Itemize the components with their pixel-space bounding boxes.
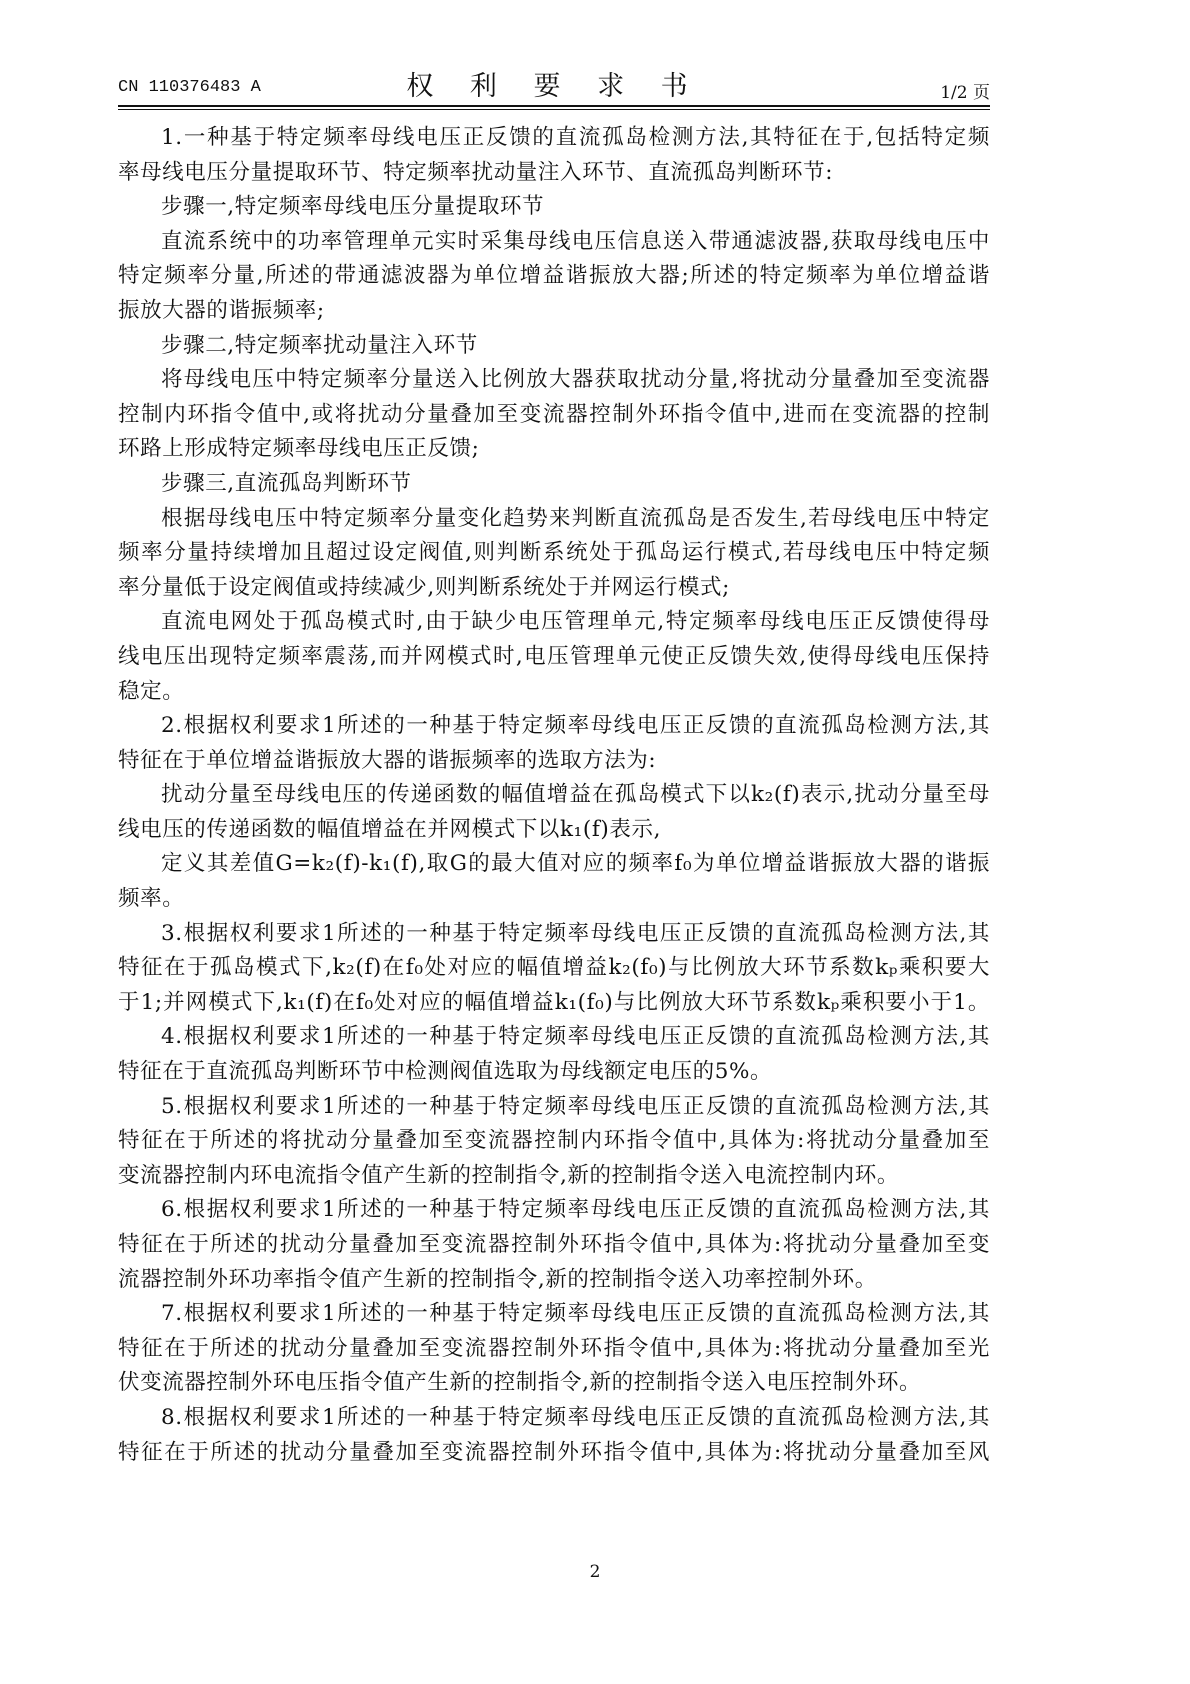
claim-text-line: 于1;并网模式下,k₁(f)在f₀处对应的幅值增益k₁(f₀)与比例放大环节系数… <box>118 986 990 1021</box>
claim-text-line: 线电压出现特定频率震荡,而并网模式时,电压管理单元使正反馈失效,使得母线电压保持 <box>118 640 990 675</box>
claim-text-line: 频率分量持续增加且超过设定阀值,则判断系统处于孤岛运行模式,若母线电压中特定频 <box>118 536 990 571</box>
page-count: 1/2 页 <box>940 78 990 103</box>
header-rule-thin <box>118 109 990 110</box>
claim-text-line: 定义其差值G=k₂(f)-k₁(f),取G的最大值对应的频率f₀为单位增益谐振放… <box>118 847 990 882</box>
claim-text-line: 环路上形成特定频率母线电压正反馈; <box>118 432 990 467</box>
claim-text-line: 振放大器的谐振频率; <box>118 294 990 329</box>
claim-text-line: 流器控制外环功率指令值产生新的控制指令,新的控制指令送入功率控制外环。 <box>118 1263 990 1298</box>
claim-text-line: 将母线电压中特定频率分量送入比例放大器获取扰动分量,将扰动分量叠加至变流器 <box>118 363 990 398</box>
claim-text-line: 率分量低于设定阀值或持续减少,则判断系统处于并网运行模式; <box>118 571 990 606</box>
claim-text-line: 5.根据权利要求1所述的一种基于特定频率母线电压正反馈的直流孤岛检测方法,其 <box>118 1090 990 1125</box>
claim-text-line: 变流器控制内环电流指令值产生新的控制指令,新的控制指令送入电流控制内环。 <box>118 1159 990 1194</box>
page-header: CN 110376483 A 权 利 要 求 书 1/2 页 <box>118 62 990 106</box>
claim-text-line: 特征在于孤岛模式下,k₂(f)在f₀处对应的幅值增益k₂(f₀)与比例放大环节系… <box>118 951 990 986</box>
claim-text-line: 3.根据权利要求1所述的一种基于特定频率母线电压正反馈的直流孤岛检测方法,其 <box>118 917 990 952</box>
claim-text-line: 特定频率分量,所述的带通滤波器为单位增益谐振放大器;所述的特定频率为单位增益谐 <box>118 259 990 294</box>
claim-text-line: 7.根据权利要求1所述的一种基于特定频率母线电压正反馈的直流孤岛检测方法,其 <box>118 1297 990 1332</box>
claim-text-line: 特征在于单位增益谐振放大器的谐振频率的选取方法为: <box>118 744 990 779</box>
claim-text-line: 特征在于所述的扰动分量叠加至变流器控制外环指令值中,具体为:将扰动分量叠加至光 <box>118 1332 990 1367</box>
claim-text-line: 1.一种基于特定频率母线电压正反馈的直流孤岛检测方法,其特征在于,包括特定频 <box>118 121 990 156</box>
claim-text-line: 特征在于所述的扰动分量叠加至变流器控制外环指令值中,具体为:将扰动分量叠加至风 <box>118 1436 990 1471</box>
claim-text-line: 4.根据权利要求1所述的一种基于特定频率母线电压正反馈的直流孤岛检测方法,其 <box>118 1020 990 1055</box>
claim-text-line: 扰动分量至母线电压的传递函数的幅值增益在孤岛模式下以k₂(f)表示,扰动分量至母 <box>118 778 990 813</box>
claim-text-line: 步骤一,特定频率母线电压分量提取环节 <box>118 190 990 225</box>
claim-text-line: 率母线电压分量提取环节、特定频率扰动量注入环节、直流孤岛判断环节: <box>118 156 990 191</box>
claim-text-line: 稳定。 <box>118 675 990 710</box>
claim-text-line: 频率。 <box>118 882 990 917</box>
claim-text-line: 2.根据权利要求1所述的一种基于特定频率母线电压正反馈的直流孤岛检测方法,其 <box>118 709 990 744</box>
claim-text-line: 直流系统中的功率管理单元实时采集母线电压信息送入带通滤波器,获取母线电压中 <box>118 225 990 260</box>
claim-text-line: 直流电网处于孤岛模式时,由于缺少电压管理单元,特定频率母线电压正反馈使得母 <box>118 605 990 640</box>
claim-text-line: 伏变流器控制外环电压指令值产生新的控制指令,新的控制指令送入电压控制外环。 <box>118 1366 990 1401</box>
claims-body: 1.一种基于特定频率母线电压正反馈的直流孤岛检测方法,其特征在于,包括特定频率母… <box>118 121 990 1470</box>
footer-page-number: 2 <box>0 1562 1190 1582</box>
claim-text-line: 线电压的传递函数的幅值增益在并网模式下以k₁(f)表示, <box>118 813 990 848</box>
claim-text-line: 控制内环指令值中,或将扰动分量叠加至变流器控制外环指令值中,进而在变流器的控制 <box>118 398 990 433</box>
header-rule-thick <box>118 105 990 107</box>
claim-text-line: 特征在于所述的将扰动分量叠加至变流器控制内环指令值中,具体为:将扰动分量叠加至 <box>118 1124 990 1159</box>
claim-text-line: 特征在于所述的扰动分量叠加至变流器控制外环指令值中,具体为:将扰动分量叠加至变 <box>118 1228 990 1263</box>
claim-text-line: 8.根据权利要求1所述的一种基于特定频率母线电压正反馈的直流孤岛检测方法,其 <box>118 1401 990 1436</box>
claim-text-line: 根据母线电压中特定频率分量变化趋势来判断直流孤岛是否发生,若母线电压中特定 <box>118 502 990 537</box>
claim-text-line: 步骤二,特定频率扰动量注入环节 <box>118 329 990 364</box>
claim-text-line: 6.根据权利要求1所述的一种基于特定频率母线电压正反馈的直流孤岛检测方法,其 <box>118 1193 990 1228</box>
document-title: 权 利 要 求 书 <box>118 64 990 103</box>
claim-text-line: 步骤三,直流孤岛判断环节 <box>118 467 990 502</box>
claim-text-line: 特征在于直流孤岛判断环节中检测阀值选取为母线额定电压的5%。 <box>118 1055 990 1090</box>
